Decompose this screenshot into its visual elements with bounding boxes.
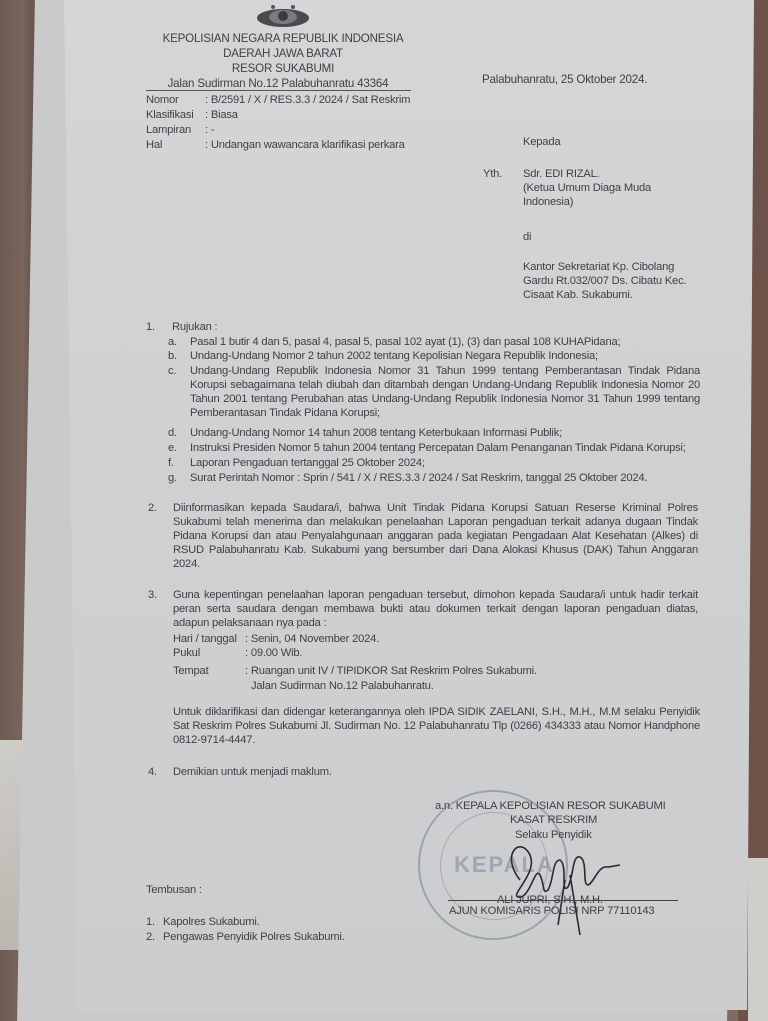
ref-letter: d. — [168, 426, 177, 440]
signatory-rank: AJUN KOMISARIS POLISI NRP 77110143 — [449, 904, 654, 918]
recipient-name: Sdr. EDI RIZAL. — [523, 167, 600, 181]
recipient-kepada: Kepada — [523, 135, 560, 149]
ref-letter: e. — [168, 441, 177, 455]
recipient-yth: Yth. — [483, 167, 502, 181]
schedule-value-place: : Ruangan unit IV / TIPIDKOR Sat Reskrim… — [245, 664, 537, 678]
recipient-title-1: (Ketua Umum Diaga Muda — [523, 181, 651, 195]
ref-letter: g. — [168, 471, 177, 485]
meta-value-klasifikasi: : Biasa — [205, 108, 238, 122]
cc-item: Pengawas Penyidik Polres Sukabumi. — [163, 930, 345, 944]
letterhead-line1: KEPOLISIAN NEGARA REPUBLIK INDONESIA — [133, 32, 433, 46]
ref-item: Undang-Undang Nomor 2 tahun 2002 tentang… — [190, 349, 598, 363]
signature-line1: a.n. KEPALA KEPOLISIAN RESOR SUKABUMI — [435, 799, 666, 813]
ref-item: Instruksi Presiden Nomor 5 tahun 2004 te… — [190, 441, 686, 455]
handwritten-signature-icon — [490, 825, 630, 935]
section1-title: Rujukan : — [172, 320, 217, 334]
cc-item: Kapolres Sukabumi. — [163, 915, 260, 929]
ref-item: Laporan Pengaduan tertanggal 25 Oktober … — [190, 456, 425, 470]
schedule-place-line2: Jalan Sudirman No.12 Palabuhanratu. — [251, 679, 434, 693]
letterhead-line2: DAERAH JAWA BARAT — [133, 47, 433, 61]
clarification-text: Untuk diklarifikasi dan didengar keteran… — [173, 705, 700, 747]
letterhead-address: Jalan Sudirman No.12 Palabuhanratu 43364 — [128, 77, 428, 91]
signature-underline — [448, 900, 678, 901]
cc-number: 2. — [146, 930, 155, 944]
schedule-label-date: Hari / tanggal — [173, 632, 237, 646]
ref-letter: c. — [168, 364, 176, 378]
recipient-title-2: Indonesia) — [523, 195, 573, 209]
recipient-address-1: Kantor Sekretariat Kp. Cibolang — [523, 260, 674, 274]
ref-item: Surat Perintah Nomor : Sprin / 541 / X /… — [190, 471, 647, 485]
place-date: Palabuhanratu, 25 Oktober 2024. — [482, 73, 647, 87]
schedule-label-time: Pukul — [173, 646, 200, 660]
recipient-address-3: Cisaat Kab. Sukabumi. — [523, 288, 633, 302]
recipient-di: di — [523, 230, 531, 244]
ref-item: Undang-Undang Republik Indonesia Nomor 3… — [190, 364, 700, 420]
section2-number: 2. — [148, 501, 157, 515]
meta-value-lampiran: : - — [205, 123, 214, 137]
schedule-value-date: : Senin, 04 November 2024. — [245, 632, 379, 646]
letterhead-underline — [146, 90, 411, 91]
meta-label-lampiran: Lampiran — [146, 123, 191, 137]
ref-letter: f. — [168, 456, 174, 470]
police-emblem-icon — [253, 4, 313, 28]
letterhead-line3: RESOR SUKABUMI — [133, 62, 433, 76]
cc-number: 1. — [146, 915, 155, 929]
ref-letter: b. — [168, 349, 177, 363]
section4-number: 4. — [148, 765, 157, 779]
meta-value-nomor: : B/2591 / X / RES.3.3 / 2024 / Sat Resk… — [205, 93, 410, 107]
meta-value-hal: : Undangan wawancara klarifikasi perkara — [205, 138, 405, 152]
meta-label-nomor: Nomor — [146, 93, 179, 107]
section4-text: Demikian untuk menjadi maklum. — [173, 765, 332, 779]
section3-text: Guna kepentingan penelaahan laporan peng… — [173, 588, 698, 630]
schedule-label-place: Tempat — [173, 664, 209, 678]
meta-label-hal: Hal — [146, 138, 162, 152]
recipient-address-2: Gardu Rt.032/007 Ds. Cibatu Kec. — [523, 274, 686, 288]
section3-number: 3. — [148, 588, 157, 602]
meta-label-klasifikasi: Klasifikasi — [146, 108, 194, 122]
ref-letter: a. — [168, 335, 177, 349]
cc-title: Tembusan : — [146, 883, 202, 897]
schedule-value-time: : 09.00 Wib. — [245, 646, 302, 660]
ref-item: Undang-Undang Nomor 14 tahun 2008 tentan… — [190, 426, 562, 440]
section1-number: 1. — [146, 320, 155, 334]
ref-item: Pasal 1 butir 4 dan 5, pasal 4, pasal 5,… — [190, 335, 620, 349]
section2-text: Diinformasikan kepada Saudara/i, bahwa U… — [173, 501, 698, 571]
background-floor-tile-right — [748, 858, 768, 1021]
